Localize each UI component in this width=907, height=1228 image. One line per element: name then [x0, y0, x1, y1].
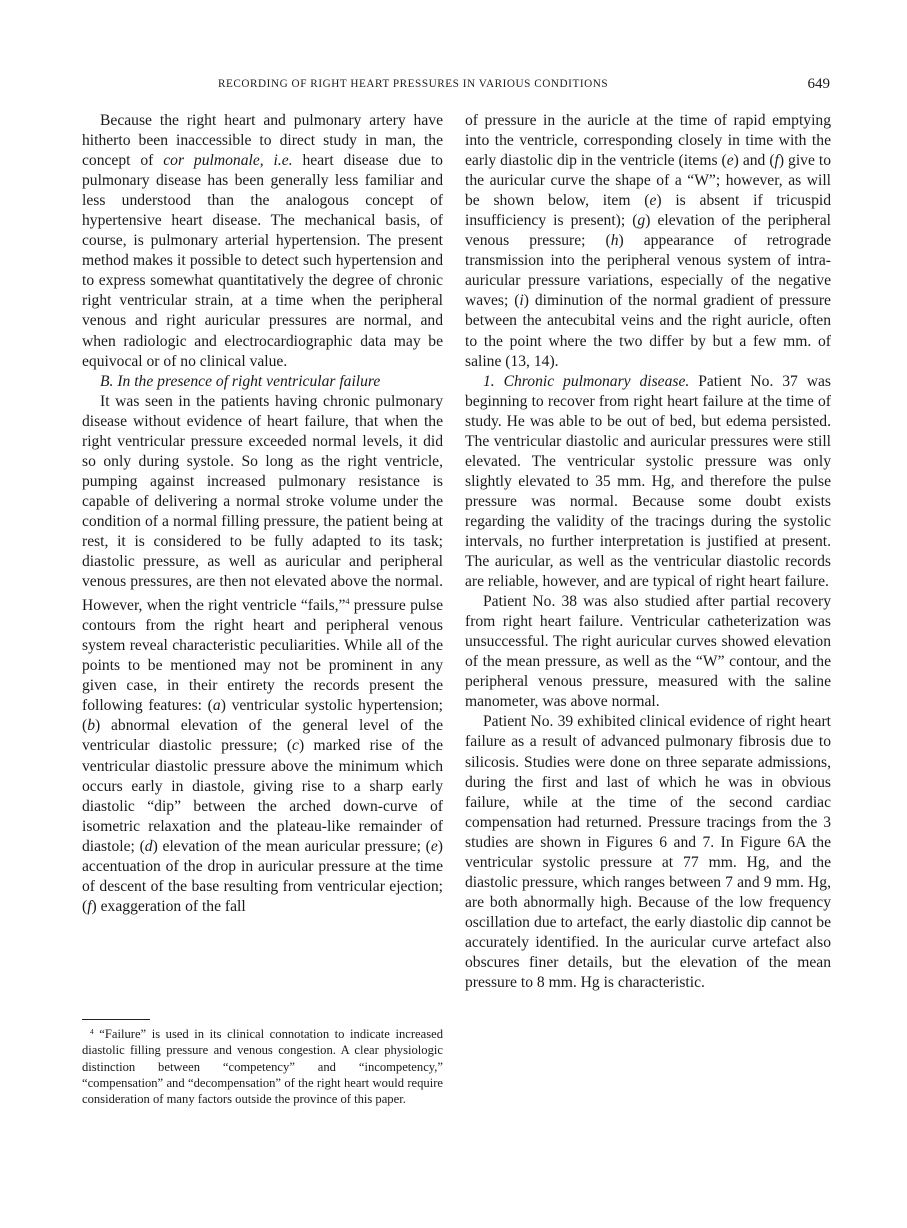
paragraph-patient-37: 1. Chronic pulmonary disease. Patient No…: [465, 372, 831, 593]
paragraph-cor-pulmonale: Because the right heart and pulmonary ar…: [82, 111, 443, 372]
paragraph-patient-39: Patient No. 39 exhibited clinical eviden…: [465, 712, 831, 993]
paragraph-continued: of pressure in the auricle at the time o…: [465, 111, 831, 372]
footnote-text: “Failure” is used in its clinical connot…: [82, 1027, 443, 1106]
right-column: of pressure in the auricle at the time o…: [465, 111, 831, 993]
footnote-divider: [82, 1019, 150, 1020]
subsection-heading: 1. Chronic pulmonary disease.: [483, 373, 689, 390]
running-title: Recording of Right Heart Pressures in Va…: [218, 78, 608, 90]
page-number: 649: [808, 76, 831, 93]
italic-term: cor pulmonale, i.e.: [163, 152, 292, 169]
paragraph-ventricular-failure: It was seen in the patients having chron…: [82, 392, 443, 917]
running-header: Recording of Right Heart Pressures in Va…: [82, 76, 830, 96]
footnote: 4 “Failure” is used in its clinical conn…: [82, 1024, 443, 1107]
paragraph-patient-38: Patient No. 38 was also studied after pa…: [465, 592, 831, 712]
left-column: Because the right heart and pulmonary ar…: [82, 111, 443, 917]
section-heading: B. In the presence of right ventricular …: [82, 372, 443, 392]
